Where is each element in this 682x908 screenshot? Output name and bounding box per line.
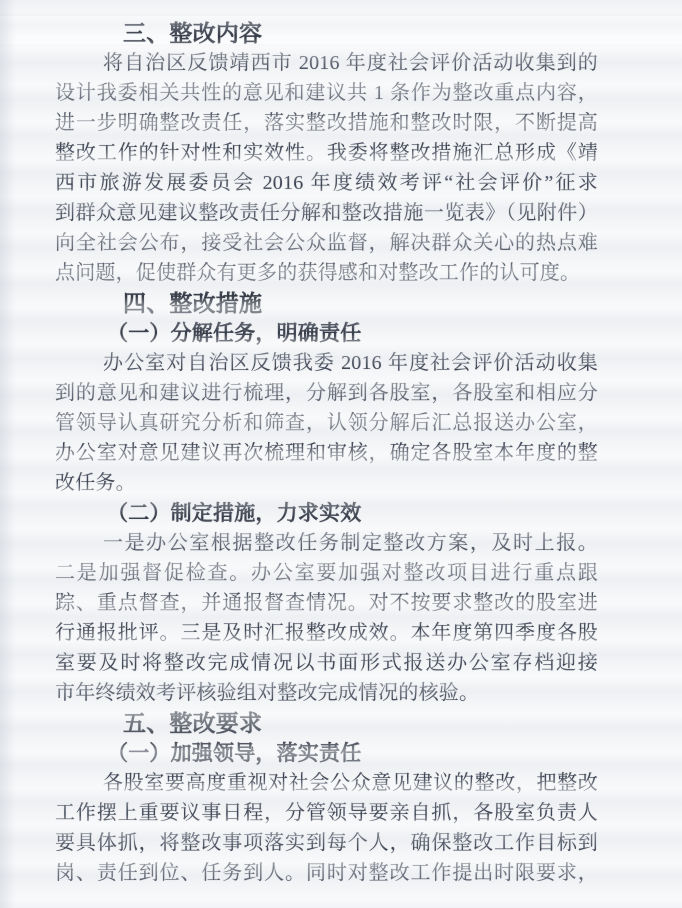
paragraph-line: 要具体抓，将整改事项落实到每个人，确保整改工作目标到	[55, 828, 598, 858]
paragraph-line: 各股室要高度重视对社会公众意见建议的整改，把整改	[55, 768, 598, 798]
paragraph-line: 点问题，促使群众有更多的获得感和对整改工作的认可度。	[55, 258, 598, 288]
subsection-heading: （一）加强领导，落实责任	[55, 738, 598, 768]
subsection-heading: （一）分解任务，明确责任	[55, 318, 598, 348]
scan-top-strip	[0, 0, 682, 16]
paragraph-line: 二是加强督促检查。办公室要加强对整改项目进行重点跟	[55, 558, 598, 588]
paragraph-line: 进一步明确整改责任，落实整改措施和整改时限，不断提高	[55, 108, 598, 138]
scan-left-shadow	[0, 0, 16, 908]
paragraph-line: 市年终绩效考评核验组对整改完成情况的核验。	[55, 678, 598, 708]
paragraph-line: 改任务。	[55, 468, 598, 498]
paragraph-line: 整改工作的针对性和实效性。我委将整改措施汇总形成《靖	[55, 138, 598, 168]
paragraph-line: 工作摆上重要议事日程，分管领导要亲自抓，各股室负责人	[55, 798, 598, 828]
paragraph-line: 办公室对自治区反馈我委 2016 年度社会评价活动收集	[55, 348, 598, 378]
paragraph-line: 向全社会公布，接受社会公众监督，解决群众关心的热点难	[55, 228, 598, 258]
paragraph-line: 到群众意见建议整改责任分解和整改措施一览表》（见附件）	[55, 198, 598, 228]
scanned-document-page: 三、整改内容将自治区反馈靖西市 2016 年度社会评价活动收集到的设计我委相关共…	[0, 0, 682, 908]
paragraph-line: 西市旅游发展委员会 2016 年度绩效考评“社会评价”征求	[55, 168, 598, 198]
paragraph-line: 岗、责任到位、任务到人。同时对整改工作提出时限要求，	[55, 858, 598, 888]
paragraph-line: 设计我委相关共性的意见和建议共 1 条作为整改重点内容，	[55, 78, 598, 108]
paragraph-line: 管领导认真研究分析和筛查，认领分解后汇总报送办公室，	[55, 408, 598, 438]
paragraph-line: 一是办公室根据整改任务制定整改方案，及时上报。	[55, 528, 598, 558]
section-heading: 四、整改措施	[55, 288, 598, 318]
subsection-heading: （二）制定措施，力求实效	[55, 498, 598, 528]
paragraph-line: 室要及时将整改完成情况以书面形式报送办公室存档迎接	[55, 648, 598, 678]
paragraph-line: 到的意见和建议进行梳理，分解到各股室，各股室和相应分	[55, 378, 598, 408]
paragraph-line: 行通报批评。三是及时汇报整改成效。本年度第四季度各股	[55, 618, 598, 648]
section-heading: 五、整改要求	[55, 708, 598, 738]
paragraph-line: 将自治区反馈靖西市 2016 年度社会评价活动收集到的	[55, 48, 598, 78]
section-heading: 三、整改内容	[55, 18, 598, 48]
paragraph-line: 踪、重点督查，并通报督查情况。对不按要求整改的股室进	[55, 588, 598, 618]
paragraph-line: 办公室对意见建议再次梳理和审核，确定各股室本年度的整	[55, 438, 598, 468]
document-body: 三、整改内容将自治区反馈靖西市 2016 年度社会评价活动收集到的设计我委相关共…	[55, 18, 598, 888]
